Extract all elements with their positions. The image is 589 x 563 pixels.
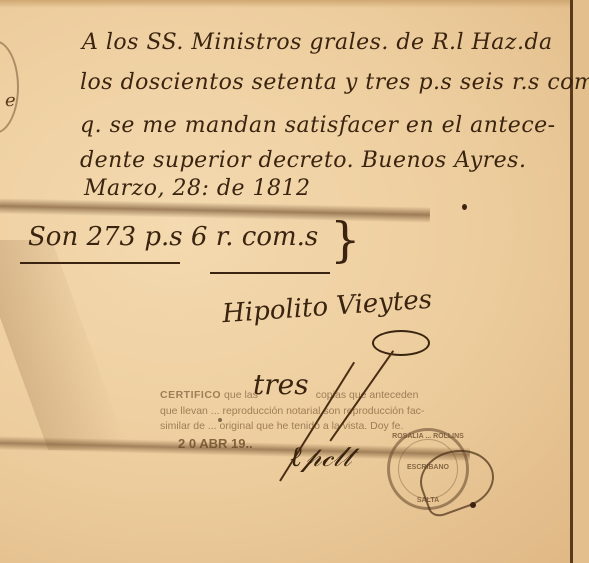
document-page: e A los SS. Ministros grales. de R.l Haz… — [0, 0, 589, 563]
manuscript-line-3: q. se me mandan satisfacer en el antece- — [80, 113, 556, 138]
certification-line-3: similar de ... original que he tenido a … — [160, 420, 403, 432]
receipt-brace: } — [330, 212, 361, 268]
manuscript-date-line: Marzo, 28: de 1812 — [84, 176, 310, 201]
paper-shadow — [0, 240, 128, 450]
ink-speck — [218, 418, 222, 422]
signature-rubric — [372, 330, 430, 356]
receipt-underline-secondary — [210, 272, 330, 274]
ink-speck — [462, 204, 467, 210]
certification-date-stamp: 2 0 ABR 19.. — [178, 436, 253, 451]
margin-seal-fragment — [0, 40, 19, 134]
receipt-amount: Son 273 p.s 6 r. com.s — [28, 222, 318, 252]
manuscript-line-1: A los SS. Ministros grales. de R.l Haz.d… — [82, 30, 553, 55]
paper-top-edge — [0, 0, 589, 8]
ink-speck — [470, 502, 476, 508]
manuscript-line-2: los doscientos setenta y tres p.s seis r… — [80, 70, 589, 95]
margin-note: e — [5, 90, 16, 111]
manuscript-line-4: dente superior decreto. Buenos Ayres. — [80, 148, 526, 173]
notary-seal-top-text: ROSALIA ... ROLLINS — [390, 433, 466, 440]
certification-heading: CERTIFICO — [160, 389, 221, 401]
certification-line-2: que llevan ... reproducción notarial son… — [160, 405, 424, 417]
signature: Hipolito Vieytes — [221, 285, 433, 330]
handwritten-count: tres — [253, 368, 309, 401]
paper-fold-upper — [0, 198, 430, 223]
receipt-underline — [20, 262, 180, 264]
notary-signature: ℓ𝓅𝒸𝓁𝓉 — [290, 440, 352, 474]
